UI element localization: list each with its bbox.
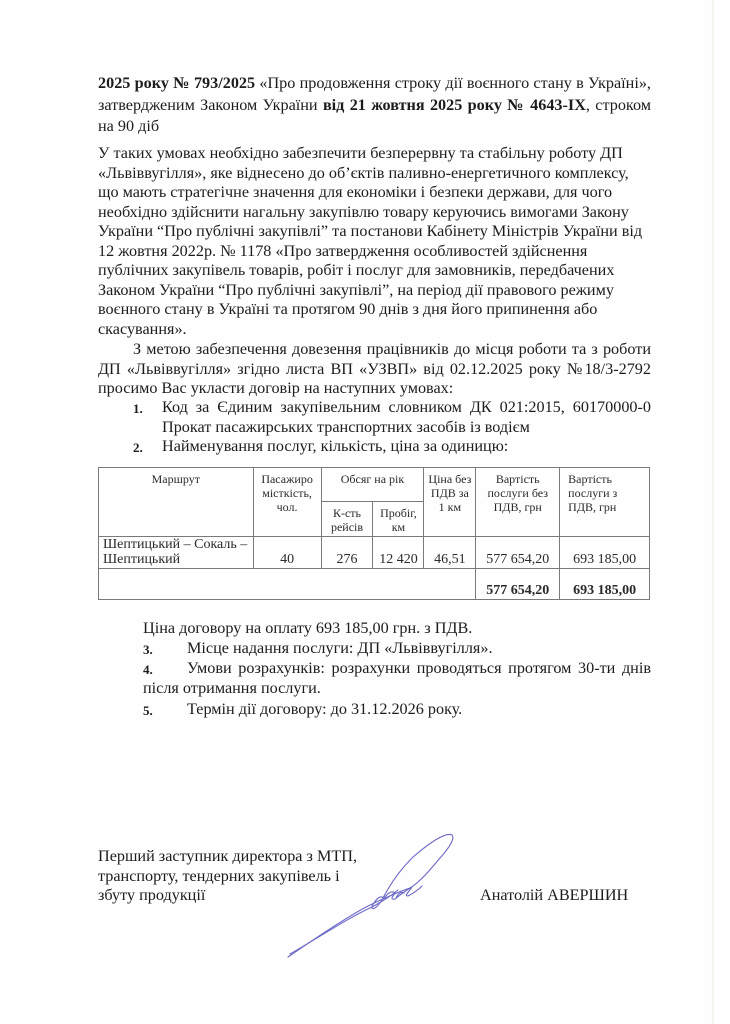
item-1-line: Код за Єдиним закупівельним словником ДК… (162, 399, 651, 415)
item-number: 4. (143, 663, 153, 676)
paragraph1-line: «Львіввугілля», яке віднесено до об’єкті… (98, 165, 629, 181)
total-cost-no-vat: 577 654,20 (476, 569, 560, 600)
header-mileage: Пробіг, км (373, 502, 424, 537)
cell-capacity: 40 (253, 537, 321, 569)
paragraph1-line: воєнного стану в Україні та протягом 90 … (98, 301, 597, 317)
item-number: 3. (143, 643, 153, 656)
header-trips: К-сть рейсів (321, 502, 373, 537)
cell-price-km: 46,51 (424, 537, 476, 569)
header-capacity: Пасажиро місткість, чол. (253, 468, 321, 537)
item-number: 5. (143, 704, 153, 717)
table-row: Шептицький – Сокаль – Шептицький 40 276 … (99, 537, 650, 569)
decree-title: «Про продовження строку дії воєнного ста… (255, 74, 651, 92)
paragraph2-line: просимо Вас укласти договір на наступних… (98, 380, 453, 396)
signer-name: Анатолій АВЕРШИН (480, 887, 628, 903)
header-volume: Обсяг на рік (321, 468, 424, 502)
signer-position-line: Перший заступник директора з МТП, (98, 848, 357, 864)
paragraph1-line: необхідно здійснити нагальну закупівлю т… (98, 204, 629, 220)
cell-cost-vat: 693 185,00 (560, 537, 650, 569)
paragraph1-line: скасування». (98, 321, 187, 337)
header-route: Маршрут (99, 468, 254, 537)
item-number: 2. (133, 441, 143, 454)
item-4-line: після отримання послуги. (143, 680, 321, 696)
header-cost-no-vat: Вартість послуги без ПДВ, грн (476, 468, 560, 537)
intro-line-2: затвердженим Законом України від 21 жовт… (98, 97, 651, 113)
cell-route: Шептицький – Сокаль – Шептицький (99, 537, 254, 569)
item-number: 1. (133, 402, 143, 415)
law-ref: від 21 жовтня 2025 року № 4643-IX (323, 96, 586, 114)
intro-line-1: 2025 року № 793/2025 «Про продовження ст… (98, 75, 651, 91)
table-header-row: Маршрут Пасажиро місткість, чол. Обсяг н… (99, 468, 650, 502)
total-cost-vat: 693 185,00 (560, 569, 650, 600)
law-ref-prefix: затвердженим Законом України (98, 96, 323, 114)
scan-edge-shadow (711, 0, 715, 1024)
total-label-cell (99, 569, 476, 600)
item-1-line: Прокат пасажирських транспортних засобів… (162, 419, 530, 435)
header-cost-vat: Вартість послуги з ПДВ, грн (560, 468, 650, 537)
table-total-row: 577 654,20 693 185,00 (99, 569, 650, 600)
decree-ref: 2025 року № 793/2025 (98, 74, 255, 92)
contract-price: Ціна договору на оплату 693 185,00 грн. … (143, 620, 472, 636)
paragraph1-line: що мають стратегічне значення для економ… (98, 184, 612, 200)
paragraph2-line: ДП «Львіввугілля» згідно листа ВП «УЗВП»… (98, 361, 651, 377)
item-5-line: Термін дії договору: до 31.12.2026 року. (187, 701, 462, 717)
paragraph1-line: України “Про публічні закупівлі” та пост… (98, 223, 642, 239)
signer-position-line: збуту продукції (98, 887, 205, 903)
item-3-line: Місце надання послуги: ДП «Львіввугілля»… (187, 640, 493, 656)
item-4-line: Умови розрахунків: розрахунки проводятьс… (187, 660, 651, 676)
item-2-line: Найменування послуг, кількість, ціна за … (162, 438, 508, 454)
document-page: 2025 року № 793/2025 «Про продовження ст… (0, 0, 730, 1024)
law-ref-suffix: , строком (586, 96, 651, 114)
cell-cost-no-vat: 577 654,20 (476, 537, 560, 569)
paragraph1-line: 12 жовтня 2022р. № 1178 «Про затвердженн… (98, 243, 587, 259)
signer-position-line: транспорту, тендерних закупівель і (98, 868, 340, 884)
cell-trips: 276 (321, 537, 373, 569)
services-table: Маршрут Пасажиро місткість, чол. Обсяг н… (98, 467, 650, 600)
intro-line-3: на 90 діб (98, 118, 159, 134)
header-price-km: Ціна без ПДВ за 1 км (424, 468, 476, 537)
paragraph1-line: публічних закупівель товарів, робіт і по… (98, 262, 614, 278)
paragraph1-line: Законом України “Про публічні закупівлі”… (98, 282, 614, 298)
cell-mileage: 12 420 (373, 537, 424, 569)
paragraph1-line: У таких умовах необхідно забезпечити без… (98, 145, 623, 161)
paragraph2-line: З метою забезпечення довезення працівник… (133, 341, 651, 357)
